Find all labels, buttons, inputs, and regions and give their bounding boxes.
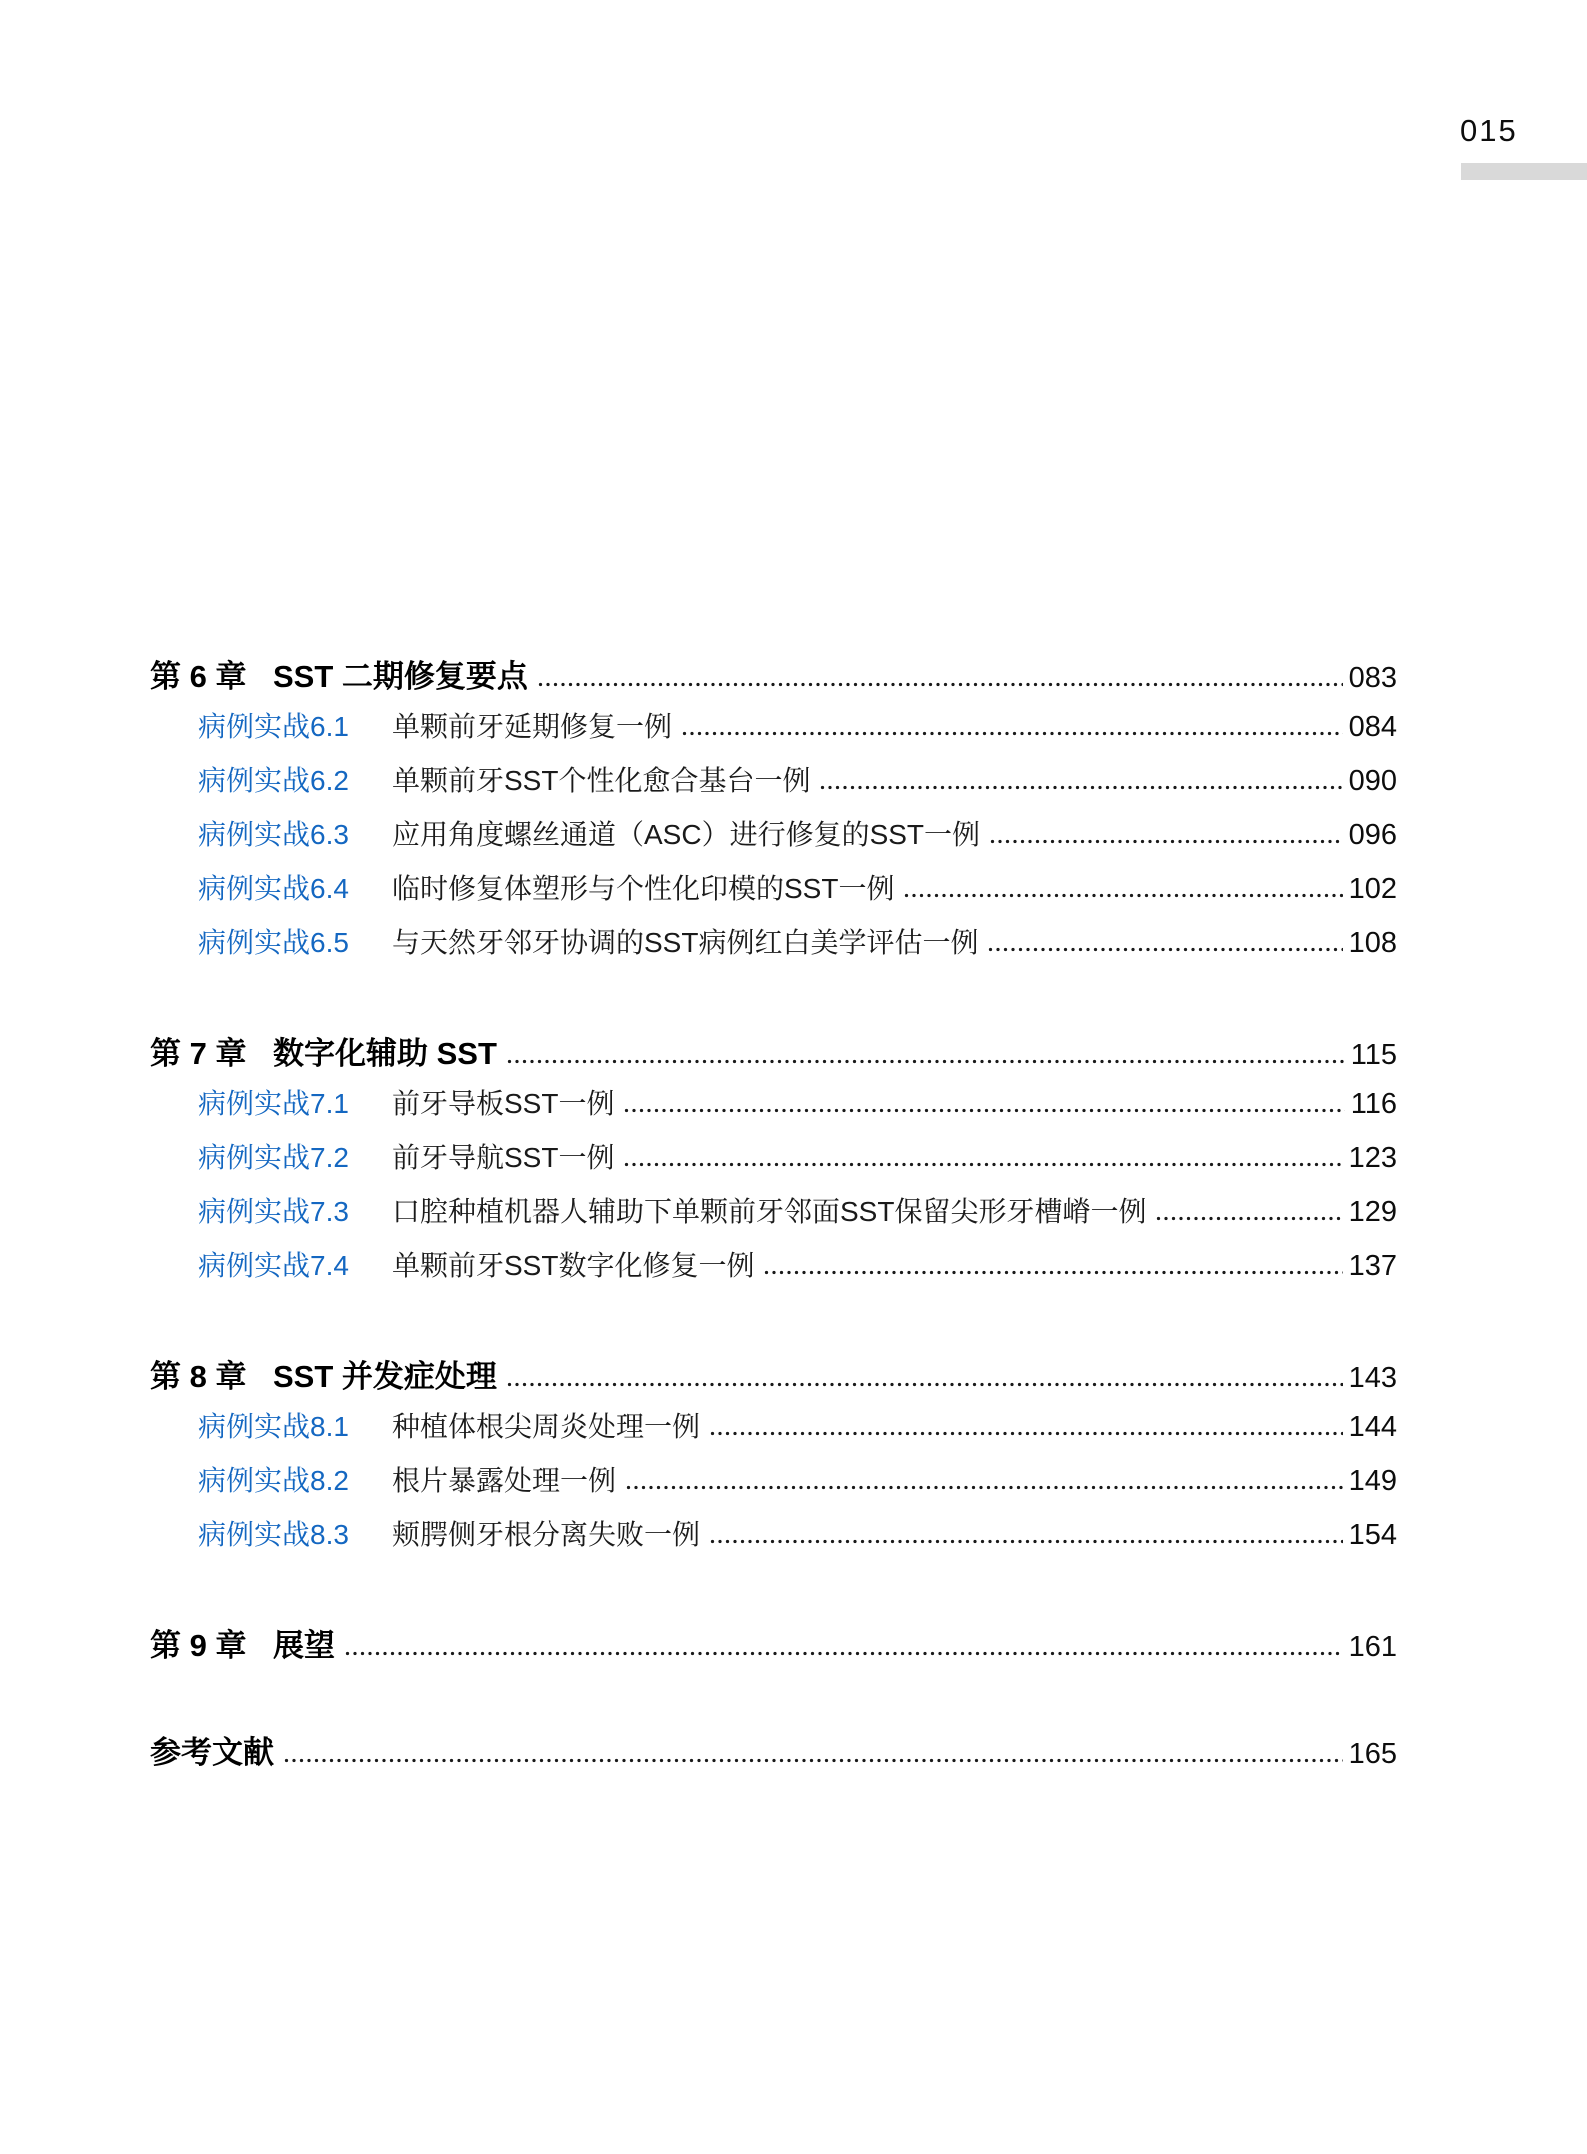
case-label: 病例实战6.3	[198, 813, 392, 853]
case-page-number: 137	[1349, 1250, 1397, 1283]
chapter-title: SST 并发症处理	[273, 1351, 497, 1396]
toc-case-row: 病例实战7.2 前牙导航SST一例 123	[150, 1136, 1397, 1190]
toc-case-row: 病例实战6.2 单颗前牙SST个性化愈合基台一例 090	[150, 759, 1397, 813]
case-title: 前牙导板SST一例	[392, 1082, 614, 1122]
dot-leader	[507, 1059, 1345, 1064]
case-page-number: 084	[1349, 711, 1397, 744]
case-page-number: 144	[1349, 1411, 1397, 1444]
case-title: 前牙导航SST一例	[392, 1136, 614, 1176]
toc-chapter-row: 第 9 章 展望 161	[150, 1620, 1397, 1674]
toc-case-row: 病例实战7.1 前牙导板SST一例 116	[150, 1082, 1397, 1136]
case-title: 单颗前牙SST个性化愈合基台一例	[392, 759, 810, 799]
toc-case-row: 病例实战8.1 种植体根尖周炎处理一例 144	[150, 1405, 1397, 1459]
case-label: 病例实战8.3	[198, 1513, 392, 1553]
case-page-number: 149	[1349, 1465, 1397, 1498]
folio-decorative-bar	[1461, 163, 1587, 180]
dot-leader	[990, 839, 1343, 844]
case-title: 根片暴露处理一例	[392, 1459, 616, 1499]
dot-leader	[710, 1431, 1343, 1436]
dot-leader	[1156, 1216, 1342, 1221]
case-label: 病例实战7.1	[198, 1082, 392, 1122]
case-label: 病例实战6.2	[198, 759, 392, 799]
toc-chapter-row: 第 7 章 数字化辅助 SST 115	[150, 1028, 1397, 1082]
toc-case-row: 病例实战6.5 与天然牙邻牙协调的SST病例红白美学评估一例 108	[150, 921, 1397, 975]
case-label: 病例实战7.4	[198, 1244, 392, 1284]
chapter-number: 第 6 章	[150, 651, 273, 696]
case-page-number: 090	[1349, 765, 1397, 798]
toc-chapter-row: 第 8 章 SST 并发症处理 143	[150, 1351, 1397, 1405]
folio-page-number: 015	[1460, 113, 1518, 149]
case-title: 种植体根尖周炎处理一例	[392, 1405, 700, 1445]
dot-leader	[764, 1270, 1342, 1275]
dot-leader	[538, 682, 1343, 687]
toc-backmatter-row: 参考文献 165	[150, 1727, 1397, 1781]
case-title: 临时修复体塑形与个性化印模的SST一例	[392, 867, 894, 907]
case-page-number: 154	[1349, 1519, 1397, 1552]
dot-leader	[284, 1758, 1343, 1763]
case-title: 颊腭侧牙根分离失败一例	[392, 1513, 700, 1553]
case-title: 应用角度螺丝通道（ASC）进行修复的SST一例	[392, 813, 980, 853]
backmatter-page-number: 165	[1349, 1738, 1397, 1771]
case-title: 与天然牙邻牙协调的SST病例红白美学评估一例	[392, 921, 978, 961]
chapter-page-number: 083	[1349, 662, 1397, 695]
case-title: 口腔种植机器人辅助下单颗前牙邻面SST保留尖形牙槽嵴一例	[392, 1190, 1146, 1230]
toc-chapter-section: 第 8 章 SST 并发症处理 143 病例实战8.1 种植体根尖周炎处理一例 …	[150, 1351, 1397, 1567]
chapter-page-number: 143	[1349, 1362, 1397, 1395]
chapter-number: 第 7 章	[150, 1028, 273, 1073]
table-of-contents: 第 6 章 SST 二期修复要点 083 病例实战6.1 单颗前牙延期修复一例 …	[150, 651, 1397, 1781]
toc-case-row: 病例实战6.3 应用角度螺丝通道（ASC）进行修复的SST一例 096	[150, 813, 1397, 867]
case-label: 病例实战7.2	[198, 1136, 392, 1176]
backmatter-title: 参考文献	[150, 1727, 274, 1772]
chapter-title: 数字化辅助 SST	[273, 1028, 497, 1073]
dot-leader	[988, 947, 1342, 952]
toc-case-row: 病例实战6.4 临时修复体塑形与个性化印模的SST一例 102	[150, 867, 1397, 921]
toc-case-row: 病例实战7.3 口腔种植机器人辅助下单颗前牙邻面SST保留尖形牙槽嵴一例 129	[150, 1190, 1397, 1244]
toc-chapter-section: 第 7 章 数字化辅助 SST 115 病例实战7.1 前牙导板SST一例 11…	[150, 1028, 1397, 1298]
dot-leader	[624, 1108, 1344, 1113]
case-label: 病例实战8.2	[198, 1459, 392, 1499]
toc-case-row: 病例实战6.1 单颗前牙延期修复一例 084	[150, 705, 1397, 759]
toc-case-row: 病例实战8.3 颊腭侧牙根分离失败一例 154	[150, 1513, 1397, 1567]
dot-leader	[904, 893, 1342, 898]
case-label: 病例实战6.4	[198, 867, 392, 907]
toc-chapter-section: 第 9 章 展望 161	[150, 1620, 1397, 1674]
dot-leader	[820, 785, 1342, 790]
chapter-page-number: 115	[1351, 1039, 1397, 1072]
case-page-number: 116	[1351, 1088, 1397, 1121]
toc-chapter-row: 第 6 章 SST 二期修复要点 083	[150, 651, 1397, 705]
case-label: 病例实战8.1	[198, 1405, 392, 1445]
case-page-number: 096	[1349, 819, 1397, 852]
case-page-number: 129	[1349, 1196, 1397, 1229]
chapter-number: 第 8 章	[150, 1351, 273, 1396]
case-title: 单颗前牙延期修复一例	[392, 705, 672, 745]
chapter-page-number: 161	[1349, 1631, 1397, 1664]
chapter-number: 第 9 章	[150, 1620, 273, 1665]
case-page-number: 123	[1349, 1142, 1397, 1175]
case-page-number: 102	[1349, 873, 1397, 906]
case-label: 病例实战6.5	[198, 921, 392, 961]
case-title: 单颗前牙SST数字化修复一例	[392, 1244, 754, 1284]
dot-leader	[682, 731, 1343, 736]
dot-leader	[626, 1485, 1343, 1490]
case-label: 病例实战7.3	[198, 1190, 392, 1230]
chapter-title: 展望	[273, 1620, 335, 1665]
toc-case-row: 病例实战8.2 根片暴露处理一例 149	[150, 1459, 1397, 1513]
dot-leader	[345, 1651, 1343, 1656]
toc-chapter-section: 第 6 章 SST 二期修复要点 083 病例实战6.1 单颗前牙延期修复一例 …	[150, 651, 1397, 975]
chapter-title: SST 二期修复要点	[273, 651, 528, 696]
dot-leader	[624, 1162, 1342, 1167]
dot-leader	[710, 1539, 1343, 1544]
toc-case-row: 病例实战7.4 单颗前牙SST数字化修复一例 137	[150, 1244, 1397, 1298]
case-label: 病例实战6.1	[198, 705, 392, 745]
case-page-number: 108	[1349, 927, 1397, 960]
dot-leader	[507, 1382, 1343, 1387]
